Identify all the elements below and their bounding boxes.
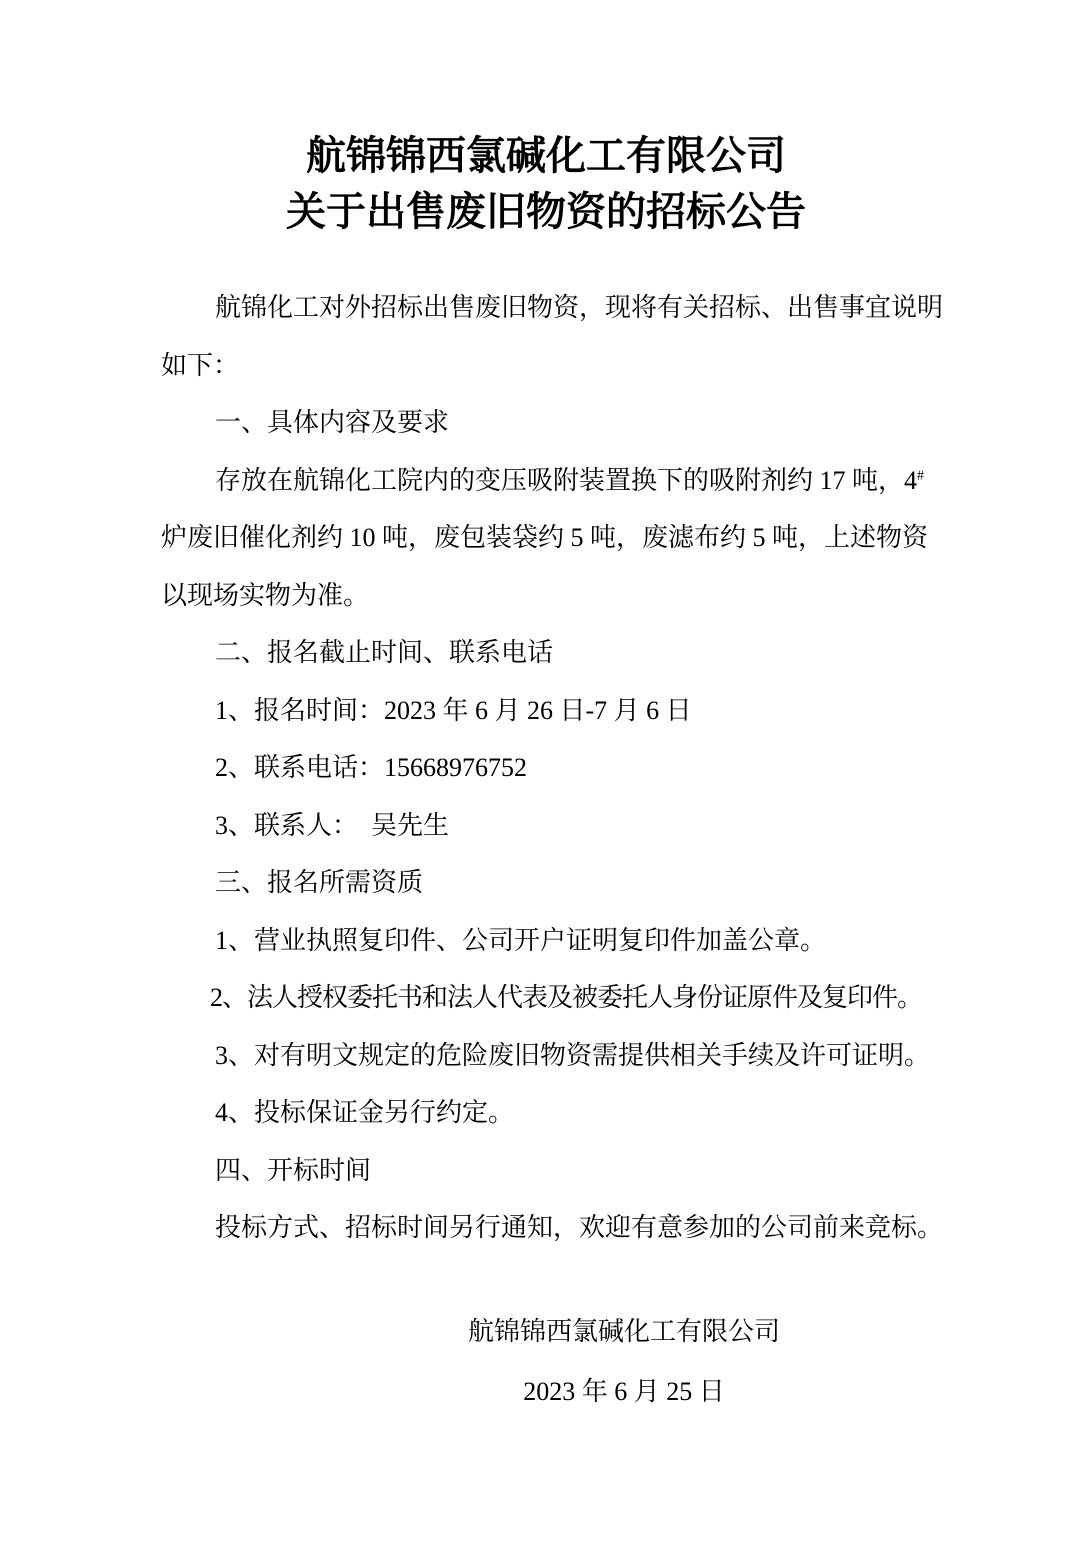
- signature-company: 航锦锦西氯碱化工有限公司: [78, 1302, 1092, 1362]
- section-2-heading: 二、报名截止时间、联系电话: [161, 624, 933, 682]
- document-page: 航锦锦西氯碱化工有限公司 关于出售废旧物资的招标公告 航锦化工对外招标出售废旧物…: [0, 0, 1092, 1544]
- paragraph-intro-line-2: 如下：: [161, 337, 933, 395]
- signature-date: 2023 年 6 月 25 日: [78, 1362, 1092, 1422]
- section-1-heading: 一、具体内容及要求: [161, 394, 933, 452]
- document-body: 航锦化工对外招标出售废旧物资，现将有关招标、出售事宜说明 如下： 一、具体内容及…: [161, 279, 933, 1257]
- page-title-line-1: 航锦锦西氯碱化工有限公司: [0, 128, 1092, 184]
- paragraph-intro-line-1: 航锦化工对外招标出售废旧物资，现将有关招标、出售事宜说明: [161, 279, 933, 337]
- section-1-content-line-1: 存放在航锦化工院内的变压吸附装置换下的吸附剂约 17 吨，4#: [161, 452, 933, 510]
- section-1-content-text: 存放在航锦化工院内的变压吸附装置换下的吸附剂约 17 吨，4: [215, 466, 917, 495]
- section-4-heading: 四、开标时间: [161, 1142, 933, 1200]
- section-2-item-2: 2、联系电话：15668976752: [161, 739, 933, 797]
- section-3-item-1: 1、营业执照复印件、公司开户证明复印件加盖公章。: [161, 912, 933, 970]
- document-title: 航锦锦西氯碱化工有限公司 关于出售废旧物资的招标公告: [0, 128, 1092, 240]
- section-3-item-2: 2、法人授权委托书和法人代表及被委托人身份证原件及复印件。: [161, 969, 933, 1027]
- page-title-line-2: 关于出售废旧物资的招标公告: [0, 184, 1092, 240]
- section-4-content: 投标方式、招标时间另行通知，欢迎有意参加的公司前来竞标。: [161, 1199, 933, 1257]
- superscript-hash: #: [917, 468, 924, 483]
- section-3-item-4: 4、投标保证金另行约定。: [161, 1084, 933, 1142]
- section-1-content-line-3: 以现场实物为准。: [161, 567, 933, 625]
- signature-block: 航锦锦西氯碱化工有限公司 2023 年 6 月 25 日: [0, 1302, 1092, 1422]
- section-3-item-3: 3、对有明文规定的危险废旧物资需提供相关手续及许可证明。: [161, 1027, 933, 1085]
- section-2-item-3: 3、联系人： 吴先生: [161, 797, 933, 855]
- section-1-content-line-2: 炉废旧催化剂约 10 吨，废包装袋约 5 吨，废滤布约 5 吨，上述物资: [161, 509, 933, 567]
- section-2-item-1: 1、报名时间：2023 年 6 月 26 日-7 月 6 日: [161, 682, 933, 740]
- section-3-heading: 三、报名所需资质: [161, 854, 933, 912]
